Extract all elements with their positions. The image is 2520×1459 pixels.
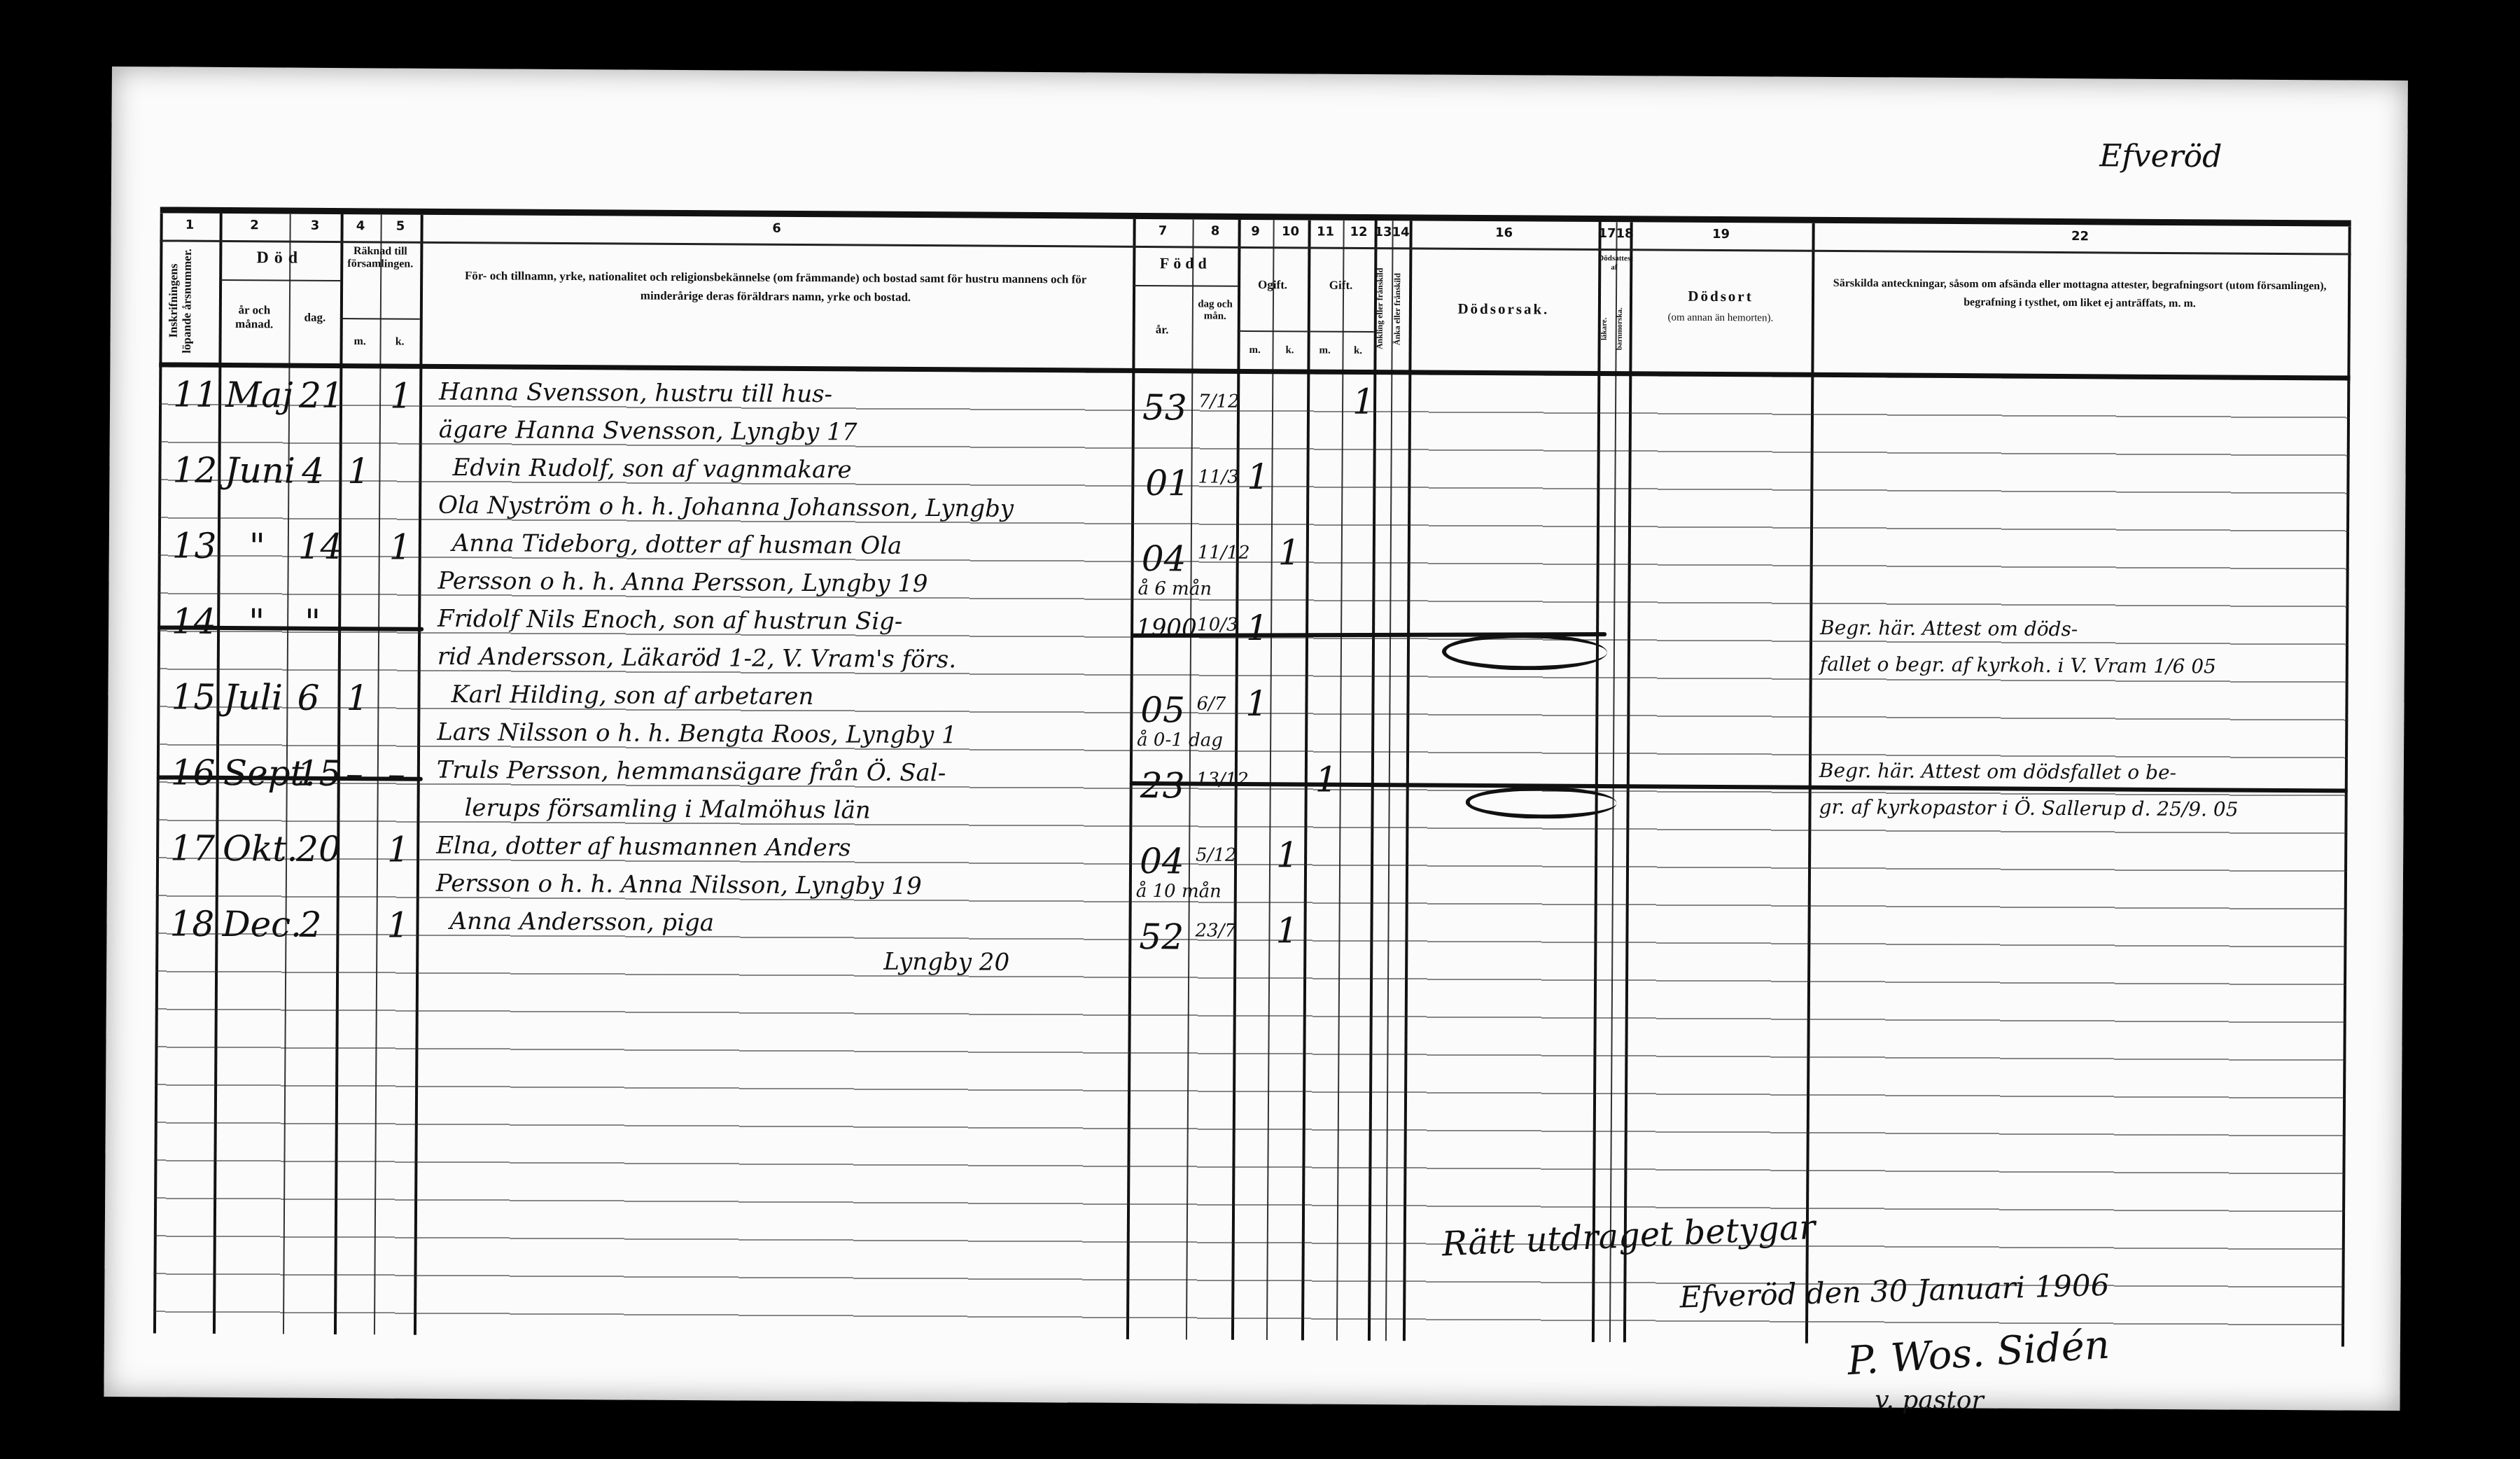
column-number: 7 xyxy=(1133,223,1193,239)
column-number: 12 xyxy=(1343,225,1375,239)
register-entry: 13 " 14 1 Anna Tideborg, dotter af husma… xyxy=(157,522,2349,610)
unmarried-m-mark: 1 xyxy=(1246,608,1268,648)
signatory-title: v. pastor xyxy=(1875,1385,1984,1415)
entry-number: 14 xyxy=(171,601,216,642)
column-number: 13 xyxy=(1375,225,1392,239)
register-entry: 15 Juli 6 1 Karl Hilding, son af arbetar… xyxy=(157,673,2348,762)
special-note-line-1: Begr. här. Attest om dödsfallet o be- xyxy=(1819,759,2176,784)
counted-k: 1 xyxy=(387,829,409,870)
counted-m: – xyxy=(346,753,363,794)
unmarried-m-mark: 1 xyxy=(1245,683,1268,724)
cancel-loop-mark xyxy=(1442,634,1607,671)
header-place-of-death: Dödsort xyxy=(1630,287,1812,305)
death-day: 4 xyxy=(302,451,324,491)
register-entry: 12 Juni 4 1 Edvin Rudolf, son af vagnmak… xyxy=(158,446,2350,535)
margin-note: Efveröd xyxy=(2099,138,2222,174)
register-entry: 16 Sept. 15 – – Truls Persson, hemmansäg… xyxy=(156,748,2348,837)
entry-name-line-2: ägare Hanna Svensson, Lyngby 17 xyxy=(439,416,857,447)
entry-name-line-1: Karl Hilding, son af arbetaren xyxy=(451,680,813,711)
header-place-of-death-note: (om annan än hemorten). xyxy=(1640,312,1801,325)
born-year: 53 xyxy=(1142,387,1187,428)
entry-name-line-1: Fridolf Nils Enoch, son af hustrun Sig- xyxy=(437,605,902,636)
column-number: 16 xyxy=(1410,225,1599,241)
header-row: Inskrifningens löpande årsnummer. Död år… xyxy=(159,239,2351,380)
born-day-month: 13/12 xyxy=(1196,769,1249,790)
column-number: 8 xyxy=(1193,223,1238,238)
header-died-year-month: år och månad. xyxy=(221,303,288,331)
entry-number: 11 xyxy=(173,375,218,415)
column-number: 2 xyxy=(220,218,290,233)
header-counted-to-parish: Räknad till församlingen. xyxy=(343,245,417,271)
counted-m: 1 xyxy=(347,451,370,491)
death-month: Dec. xyxy=(222,904,302,945)
counted-k: – xyxy=(388,753,405,794)
register-entry: 17 Okt. 20 1 Elna, dotter af husmannen A… xyxy=(156,824,2348,913)
header-unmarried-k: k. xyxy=(1272,344,1307,357)
header-married-m: m. xyxy=(1307,344,1342,357)
register-entry: 18 Dec. 2 1 Anna Andersson, piga Lyngby … xyxy=(155,900,2347,989)
header-unmarried-m: m. xyxy=(1238,344,1273,357)
death-register-table: 1 2 3 4 5 6 7 8 9 10 11 12 13 14 16 17 1… xyxy=(153,207,2351,1346)
death-month: Juni xyxy=(225,450,295,491)
age-note: å 0-1 dag xyxy=(1137,729,1223,751)
column-number: 19 xyxy=(1630,226,1812,242)
born-year: 04 xyxy=(1140,841,1184,881)
counted-m: 1 xyxy=(346,678,368,718)
death-month: " xyxy=(249,526,265,566)
death-day: 6 xyxy=(297,678,319,718)
death-day: 2 xyxy=(299,905,321,945)
death-day: 15 xyxy=(297,753,342,794)
header-doctor: läkare. xyxy=(1599,294,1614,364)
born-year: 1900 xyxy=(1136,614,1197,643)
header-died-day: dag. xyxy=(291,311,339,325)
column-number: 17 xyxy=(1599,226,1616,241)
born-day-month: 23/7 xyxy=(1195,920,1236,941)
born-day-month: 11/3 xyxy=(1198,466,1239,487)
column-number: 18 xyxy=(1616,226,1630,241)
register-entry: 11 Maj 21 1 Hanna Svensson, hustru till … xyxy=(159,370,2351,459)
register-page: Efveröd 1 2 3 4 5 6 7 8 9 xyxy=(104,67,2408,1411)
married-m-mark: 1 xyxy=(1315,760,1338,800)
header-death-certificate: Dödsattest af xyxy=(1598,254,1630,272)
register-entry: 14 " " Fridolf Nils Enoch, son af hustru… xyxy=(157,597,2349,686)
column-number: 10 xyxy=(1273,224,1308,239)
column-number: 14 xyxy=(1392,225,1410,239)
special-note-line-2: gr. af kyrkopastor i Ö. Sallerup d. 25/9… xyxy=(1819,795,2238,821)
entry-name-line-1: Truls Persson, hemmansägare från Ö. Sal- xyxy=(437,756,946,787)
born-year: 01 xyxy=(1145,463,1190,503)
entry-number: 17 xyxy=(170,828,215,869)
header-married: Gift. xyxy=(1308,278,1374,292)
header-died: Död xyxy=(219,249,340,269)
entry-name-line-2: Persson o h. h. Anna Nilsson, Lyngby 19 xyxy=(436,870,922,900)
death-day: 14 xyxy=(298,526,343,567)
header-born: Född xyxy=(1133,254,1238,272)
header-special-notes: Särskilda anteckningar, såsom om afsända… xyxy=(1826,274,2334,314)
entry-name-line-2: rid Andersson, Läkaröd 1-2, V. Vram's fö… xyxy=(437,643,956,674)
header-widower: Änkling eller frånskild xyxy=(1375,253,1391,365)
header-counted-m: m. xyxy=(340,335,380,349)
column-number: 9 xyxy=(1238,224,1273,239)
counted-k: 1 xyxy=(386,905,409,945)
born-day-month: 10/3 xyxy=(1197,614,1238,635)
married-k-mark: 1 xyxy=(1352,382,1375,422)
header-born-day-month: dag och mån. xyxy=(1194,298,1236,323)
born-day-month: 11/12 xyxy=(1198,542,1250,563)
entry-name-line-1: Edvin Rudolf, son af vagnmakare xyxy=(452,454,851,484)
header-cause-of-death: Dödsorsak. xyxy=(1409,300,1598,318)
counted-k: 1 xyxy=(389,526,412,567)
column-number: 6 xyxy=(421,219,1133,238)
death-month: Juli xyxy=(223,677,283,718)
born-day-month: 6/7 xyxy=(1196,693,1226,714)
entry-name-line-1: Elna, dotter af husmannen Anders xyxy=(436,832,851,863)
entry-name-line-2: Persson o h. h. Anna Persson, Lyngby 19 xyxy=(437,567,927,598)
header-born-year: år. xyxy=(1133,323,1192,337)
entry-number: 13 xyxy=(172,526,217,566)
born-year: 52 xyxy=(1139,916,1184,957)
column-number: 1 xyxy=(160,217,220,232)
entry-number: 18 xyxy=(169,904,214,944)
death-day: " xyxy=(304,602,321,643)
born-day-month: 5/12 xyxy=(1196,844,1237,865)
entry-number: 15 xyxy=(171,677,216,718)
entry-name-line-2: Lars Nilsson o h. h. Bengta Roos, Lyngby… xyxy=(437,718,957,750)
column-number: 4 xyxy=(341,218,381,233)
counted-k: 1 xyxy=(390,375,412,416)
column-number: 5 xyxy=(381,218,421,233)
header-widow: Änka eller frånskild xyxy=(1392,253,1408,365)
column-number: 22 xyxy=(1812,228,2348,246)
entry-name-line-2: Ola Nyström o h. h. Johanna Johansson, L… xyxy=(438,491,1014,523)
header-unmarried: Ogift. xyxy=(1238,278,1308,292)
unmarried-k-mark: 1 xyxy=(1276,835,1298,875)
header-married-k: k. xyxy=(1342,345,1373,358)
death-month: " xyxy=(248,601,265,642)
death-day: 21 xyxy=(299,375,344,416)
header-name-occupation: För- och tillnamn, yrke, nationalitet oc… xyxy=(454,266,1098,308)
header-counted-k: k. xyxy=(380,335,420,349)
column-number: 11 xyxy=(1308,224,1343,239)
death-month: Maj xyxy=(225,375,293,416)
born-day-month: 7/12 xyxy=(1198,391,1240,412)
unmarried-k-mark: 1 xyxy=(1275,910,1298,951)
entry-number: 12 xyxy=(172,450,217,491)
age-note: å 6 mån xyxy=(1137,578,1212,600)
entry-name-line-2: Lyngby 20 xyxy=(883,948,1009,977)
special-note-line-2: fallet o begr. af kyrkoh. i V. Vram 1/6 … xyxy=(1820,652,2216,678)
born-year: 05 xyxy=(1140,690,1185,730)
born-year: 04 xyxy=(1142,538,1186,579)
age-note: å 10 mån xyxy=(1136,881,1221,902)
entry-name-line-2: lerups församling i Malmöhus län xyxy=(464,794,870,825)
cancel-loop-mark xyxy=(1465,786,1616,819)
entry-number: 16 xyxy=(171,753,216,793)
header-midwife: barnmorska. xyxy=(1615,294,1630,364)
entry-name-line-1: Anna Tideborg, dotter af husman Ola xyxy=(452,529,902,560)
unmarried-k-mark: 1 xyxy=(1278,532,1301,573)
unmarried-m-mark: 1 xyxy=(1247,456,1269,497)
death-day: 20 xyxy=(296,829,341,870)
death-month: Okt. xyxy=(223,828,298,870)
column-number: 3 xyxy=(290,218,341,233)
entry-name-line-1: Hanna Svensson, hustru till hus- xyxy=(439,378,832,408)
header-entry-number: Inskrifningens löpande årsnummer. xyxy=(166,246,216,355)
entry-name-line-1: Anna Andersson, piga xyxy=(449,907,714,937)
special-note-line-1: Begr. här. Attest om döds- xyxy=(1820,616,2078,641)
